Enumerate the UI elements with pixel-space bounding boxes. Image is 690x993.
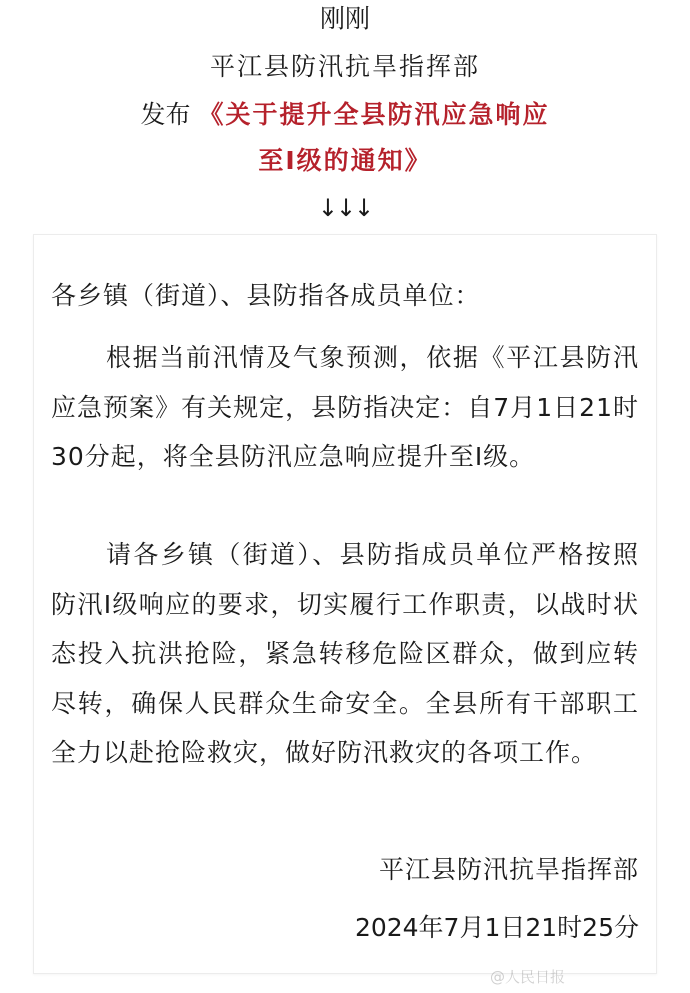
notice-title-line2-row: 至I级的通知》: [0, 146, 690, 176]
publish-line: 发布 《关于提升全县防汛应急响应: [0, 100, 690, 130]
source-watermark: @人民日报: [490, 966, 565, 987]
notice-title-line1: 《关于提升全县防汛应急响应: [198, 100, 549, 129]
publish-verb: 发布: [141, 100, 191, 129]
notice-paragraph-2: 请各乡镇（街道）、县防指成员单位严格按照防汛I级响应的要求，切实履行工作职责，以…: [51, 530, 639, 778]
notice-title-line2: 至I级的通知》: [258, 146, 431, 175]
signature-org: 平江县防汛抗旱指挥部: [379, 855, 639, 885]
notice-card: 各乡镇（街道）、县防指各成员单位： 根据当前汛情及气象预测，依据《平江县防汛应急…: [33, 234, 657, 974]
publisher-name: 平江县防汛抗旱指挥部: [0, 52, 690, 82]
down-arrows-icon: ↓↓↓: [0, 193, 690, 223]
notice-salutation: 各乡镇（街道）、县防指各成员单位：: [51, 271, 639, 321]
signature-date: 2024年7月1日21时25分: [355, 913, 639, 943]
notice-paragraph-1: 根据当前汛情及气象预测，依据《平江县防汛应急预案》有关规定，县防指决定：自7月1…: [51, 333, 639, 482]
time-label: 刚刚: [0, 4, 690, 34]
